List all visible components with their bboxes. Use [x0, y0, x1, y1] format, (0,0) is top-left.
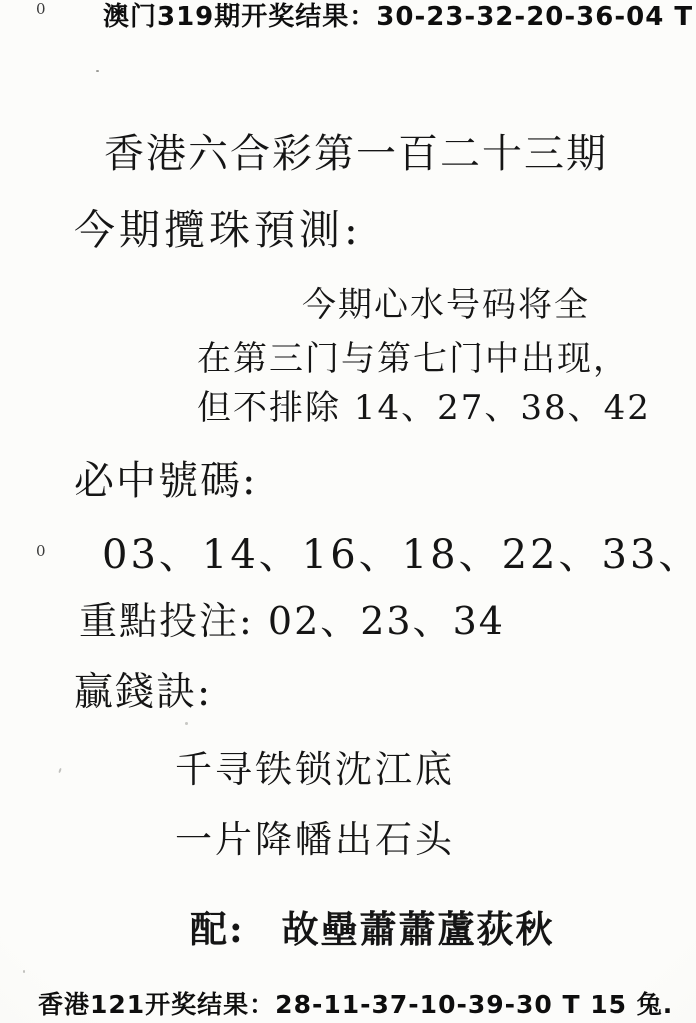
scan-artifact — [58, 768, 62, 773]
prediction-line-2: 在第三门与第七门中出现， — [197, 341, 629, 378]
scan-artifact — [185, 722, 188, 725]
verse-line-2: 一片降幡出石头 — [175, 820, 455, 860]
prediction-line-1: 今期心水号码将全 — [302, 287, 590, 324]
scan-artifact — [96, 70, 99, 72]
key-bets-line: 重點投注: 02、23、34 — [79, 601, 505, 642]
scan-artifact — [23, 970, 25, 973]
margin-mark-top: 0 — [36, 1, 46, 17]
margin-mark-middle: 0 — [36, 543, 46, 559]
prediction-heading: 今期攬珠預測: — [74, 208, 362, 252]
verse-line-1: 千寻铁锁沈江底 — [175, 750, 455, 790]
macau-draw-result-header: 澳门319期开奖结果：30-23-32-20-36-04 T 05 牛 — [103, 3, 696, 31]
pair-line: 配: 故壘蕭蕭蘆荻秋 — [190, 910, 555, 950]
must-hit-heading: 必中號碼: — [74, 460, 257, 503]
key-bets-numbers: 02、23、34 — [268, 599, 505, 643]
pair-text: 故壘蕭蕭蘆荻秋 — [282, 907, 555, 951]
scanned-lottery-sheet: 0 澳门319期开奖结果：30-23-32-20-36-04 T 05 牛 香港… — [0, 0, 696, 1023]
key-bets-label: 重點投注: — [79, 599, 254, 643]
prediction-line-3: 但不排除 14、27、38、42 — [197, 390, 651, 427]
hk-draw-result-footer: 香港121开奖结果：28-11-37-10-39-30 T 15 兔. — [38, 991, 673, 1018]
pair-label: 配: — [190, 907, 245, 951]
must-hit-numbers: 03、14、16、18、22、33、34 — [102, 534, 696, 577]
winning-verse-heading: 贏錢訣: — [74, 672, 212, 714]
page-title: 香港六合彩第一百二十三期 — [104, 133, 608, 176]
